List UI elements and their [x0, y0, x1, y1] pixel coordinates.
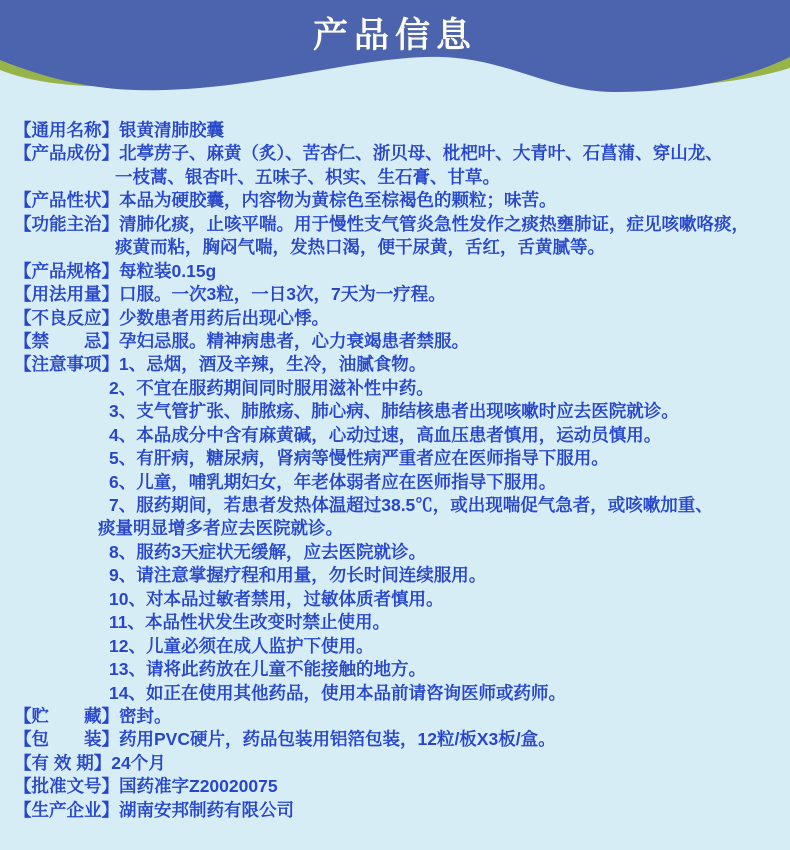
field-label: 【不良反应】: [14, 307, 119, 330]
field-row: 12、儿童必须在成人监护下使用。: [14, 635, 784, 658]
field-text: 北葶苈子、麻黄（炙）、苦杏仁、浙贝母、枇杷叶、大青叶、石菖蒲、穿山龙、: [119, 143, 723, 163]
field-text: 3、支气管扩张、肺脓疡、肺心病、肺结核患者出现咳嗽时应去医院就诊。: [109, 401, 679, 421]
field-text: 湖南安邦制药有限公司: [119, 800, 294, 820]
field-text: 5、有肝病，糖尿病，肾病等慢性病严重者应在医师指导下服用。: [109, 448, 609, 468]
field-label: 【有 效 期】: [14, 752, 111, 775]
field-row: 【用法用量】口服。一次3粒，一日3次，7天为一疗程。: [14, 283, 784, 306]
field-label: 【包 装】: [14, 728, 119, 751]
field-label: 【功能主治】: [14, 213, 119, 236]
field-row: 【产品规格】每粒装0.15g: [14, 260, 784, 283]
field-row: 一枝蒿、银杏叶、五味子、枳实、生石膏、甘草。: [14, 166, 784, 189]
field-row: 【通用名称】银黄清肺胶囊: [14, 119, 784, 142]
field-label: 【产品规格】: [14, 260, 119, 283]
field-label: 【产品成份】: [14, 142, 119, 165]
field-text: 口服。一次3粒，一日3次，7天为一疗程。: [119, 284, 446, 304]
field-text: 8、服药3天症状无缓解，应去医院就诊。: [109, 542, 426, 562]
field-text: 本品为硬胶囊，内容物为黄棕色至棕褐色的颗粒；味苦。: [119, 190, 557, 210]
field-text: 1、忌烟，酒及辛辣，生冷，油腻食物。: [119, 354, 426, 374]
field-text: 11、本品性状发生改变时禁止使用。: [109, 612, 390, 632]
field-row: 【产品性状】本品为硬胶囊，内容物为黄棕色至棕褐色的颗粒；味苦。: [14, 189, 784, 212]
field-row: 13、请将此药放在儿童不能接触的地方。: [14, 658, 784, 681]
field-text: 少数患者用药后出现心悸。: [119, 308, 329, 328]
field-row: 11、本品性状发生改变时禁止使用。: [14, 611, 784, 634]
field-text: 24个月: [111, 753, 165, 773]
field-row: 5、有肝病，糖尿病，肾病等慢性病严重者应在医师指导下服用。: [14, 447, 784, 470]
field-text: 一枝蒿、银杏叶、五味子、枳实、生石膏、甘草。: [115, 167, 500, 187]
field-row: 【注意事项】1、忌烟，酒及辛辣，生冷，油腻食物。: [14, 353, 784, 376]
field-label: 【用法用量】: [14, 283, 119, 306]
field-text: 7、服药期间，若患者发热体温超过38.5℃，或出现喘促气急者，或咳嗽加重、: [109, 495, 713, 515]
field-label: 【注意事项】: [14, 353, 119, 376]
field-row: 【功能主治】清肺化痰，止咳平喘。用于慢性支气管炎急性发作之痰热壅肺证，症见咳嗽咯…: [14, 213, 784, 236]
field-text: 清肺化痰，止咳平喘。用于慢性支气管炎急性发作之痰热壅肺证，症见咳嗽咯痰，: [119, 214, 749, 234]
field-row: 6、儿童，哺乳期妇女，年老体弱者应在医师指导下服用。: [14, 471, 784, 494]
field-row: 3、支气管扩张、肺脓疡、肺心病、肺结核患者出现咳嗽时应去医院就诊。: [14, 400, 784, 423]
field-row: 【贮 藏】密封。: [14, 705, 784, 728]
field-text: 9、请注意掌握疗程和用量，勿长时间连续服用。: [109, 565, 486, 585]
field-row: 【禁 忌】孕妇忌服。精神病患者，心力衰竭患者禁服。: [14, 330, 784, 353]
field-row: 7、服药期间，若患者发热体温超过38.5℃，或出现喘促气急者，或咳嗽加重、: [14, 494, 784, 517]
field-text: 12、儿童必须在成人监护下使用。: [109, 636, 373, 656]
field-label: 【禁 忌】: [14, 330, 119, 353]
field-text: 14、如正在使用其他药品，使用本品前请咨询医师或药师。: [109, 683, 566, 703]
field-row: 【批准文号】国药准字Z20020075: [14, 775, 784, 798]
product-info-page: 产品信息 【通用名称】银黄清肺胶囊【产品成份】北葶苈子、麻黄（炙）、苦杏仁、浙贝…: [0, 0, 790, 850]
field-text: 密封。: [119, 706, 172, 726]
field-text: 10、对本品过敏者禁用，过敏体质者慎用。: [109, 589, 443, 609]
field-row: 4、本品成分中含有麻黄碱，心动过速，高血压患者慎用，运动员慎用。: [14, 424, 784, 447]
field-text: 孕妇忌服。精神病患者，心力衰竭患者禁服。: [119, 331, 469, 351]
field-row: 8、服药3天症状无缓解，应去医院就诊。: [14, 541, 784, 564]
field-row: 痰量明显增多者应去医院就诊。: [14, 517, 784, 540]
field-row: 9、请注意掌握疗程和用量，勿长时间连续服用。: [14, 564, 784, 587]
field-label: 【贮 藏】: [14, 705, 119, 728]
field-row: 痰黄而粘，胸闷气喘，发热口渴，便干尿黄，舌红，舌黄腻等。: [14, 236, 784, 259]
field-text: 4、本品成分中含有麻黄碱，心动过速，高血压患者慎用，运动员慎用。: [109, 425, 661, 445]
field-row: 【包 装】药用PVC硬片，药品包装用铝箔包装，12粒/板X3板/盒。: [14, 728, 784, 751]
field-text: 银黄清肺胶囊: [119, 120, 224, 140]
field-row: 【产品成份】北葶苈子、麻黄（炙）、苦杏仁、浙贝母、枇杷叶、大青叶、石菖蒲、穿山龙…: [14, 142, 784, 165]
field-text: 6、儿童，哺乳期妇女，年老体弱者应在医师指导下服用。: [109, 472, 556, 492]
field-row: 14、如正在使用其他药品，使用本品前请咨询医师或药师。: [14, 682, 784, 705]
field-label: 【批准文号】: [14, 775, 119, 798]
field-row: 2、不宜在服药期间同时服用滋补性中药。: [14, 377, 784, 400]
page-title: 产品信息: [0, 8, 790, 58]
field-row: 【有 效 期】24个月: [14, 752, 784, 775]
field-text: 痰黄而粘，胸闷气喘，发热口渴，便干尿黄，舌红，舌黄腻等。: [115, 237, 605, 257]
field-text: 每粒装0.15g: [119, 261, 216, 281]
field-text: 13、请将此药放在儿童不能接触的地方。: [109, 659, 426, 679]
field-label: 【产品性状】: [14, 189, 119, 212]
field-text: 国药准字Z20020075: [119, 776, 278, 796]
product-fields: 【通用名称】银黄清肺胶囊【产品成份】北葶苈子、麻黄（炙）、苦杏仁、浙贝母、枇杷叶…: [14, 119, 784, 822]
field-text: 药用PVC硬片，药品包装用铝箔包装，12粒/板X3板/盒。: [119, 729, 556, 749]
field-label: 【通用名称】: [14, 119, 119, 142]
field-row: 【生产企业】湖南安邦制药有限公司: [14, 799, 784, 822]
field-label: 【生产企业】: [14, 799, 119, 822]
field-text: 痰量明显增多者应去医院就诊。: [98, 518, 343, 538]
field-text: 2、不宜在服药期间同时服用滋补性中药。: [109, 378, 434, 398]
field-row: 【不良反应】少数患者用药后出现心悸。: [14, 307, 784, 330]
field-row: 10、对本品过敏者禁用，过敏体质者慎用。: [14, 588, 784, 611]
